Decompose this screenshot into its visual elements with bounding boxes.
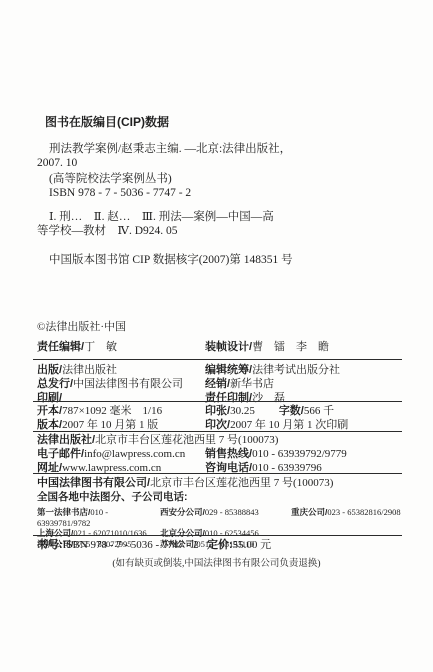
branch-phone: 021 - 62071010/1636 <box>73 528 146 538</box>
coordination-label: 编辑统筹/ <box>205 364 252 376</box>
email-value: info@lawpress.com.cn <box>84 448 185 460</box>
printing-run-value: 2007 年 10 月第 1 次印刷 <box>230 419 348 431</box>
divider-5 <box>33 535 402 536</box>
publishing-block: 出版/法律出版社 编辑统筹/法律考试出版分社 总发行/中国法律图书有限公司 经销… <box>37 364 405 405</box>
press-contact-block: 法律出版社/北京市丰台区莲花池西里 7 号(100073) 电子邮件/info@… <box>37 434 405 475</box>
general-distribution-label: 总发行/ <box>37 378 73 390</box>
format-row: 开本/787×1092 毫米 1/16 印张/30.25字数/566 千 <box>37 405 405 418</box>
branch-label: 第一法律书店/ <box>37 507 90 517</box>
hotline-label: 销售热线/ <box>205 448 252 460</box>
printing-run-label: 印次/ <box>205 419 230 431</box>
branch-label: 北京分公司/ <box>160 528 205 538</box>
coordination-value: 法律考试出版分社 <box>252 364 340 376</box>
format-value: 787×1092 毫米 1/16 <box>62 405 162 417</box>
branch-label: 上海公司/ <box>37 528 73 538</box>
distributor-name-label: 中国法律图书有限公司/ <box>37 477 150 489</box>
printing-house-label: 印刷/ <box>37 392 62 404</box>
price-label: 定价: <box>207 539 233 551</box>
cip-heading: 图书在版编目(CIP)数据 <box>45 113 169 130</box>
branches-row: 上海公司/021 - 62071010/1636 北京分公司/010 - 625… <box>37 528 405 539</box>
sheets-label: 印张/ <box>205 405 230 417</box>
cip-isbn-line: ISBN 978 - 7 - 5036 - 7747 - 2 <box>37 187 377 201</box>
print-supervisor-value: 沙 磊 <box>252 392 285 404</box>
distributor-address: 北京市丰台区莲花池西里 7 号(100073) <box>150 477 333 489</box>
designer-names: 曹 镭 李 瞻 <box>252 341 329 353</box>
staff-row: 责任编辑/丁 敏 装帧设计/曹 镭 李 瞻 <box>37 341 405 354</box>
cip-year-line: 2007. 10 <box>37 157 377 171</box>
press-name-label: 法律出版社/ <box>37 434 95 446</box>
branches-heading: 全国各地中法图分、子公司电话: <box>37 491 405 504</box>
format-label: 开本/ <box>37 405 62 417</box>
editor-name: 丁 敏 <box>84 341 117 353</box>
cip-class-line1: Ⅰ. 刑… Ⅱ. 赵… Ⅲ. 刑法—案例—中国—高 <box>37 211 377 225</box>
publishing-row: 出版/法律出版社 编辑统筹/法律考试出版分社 <box>37 364 405 377</box>
book-number-label: 书号: <box>37 539 63 551</box>
press-address-line: 法律出版社/北京市丰台区莲花池西里 7 号(100073) <box>37 434 405 447</box>
sales-value: 新华书店 <box>230 378 274 390</box>
general-distribution-value: 中国法律图书有限公司 <box>73 378 183 390</box>
copyright-notice: ©法律出版社·中国 <box>37 321 126 334</box>
publish-value: 法律出版社 <box>62 364 117 376</box>
divider-2 <box>33 401 402 402</box>
email-label: 电子邮件/ <box>37 448 84 460</box>
divider-3 <box>33 431 402 432</box>
edition-label: 版本/ <box>37 419 62 431</box>
editor-credit: 责任编辑/丁 敏 <box>37 341 205 354</box>
return-policy-note: (如有缺页或倒装,中国法律图书有限公司负责退换) <box>0 555 433 569</box>
copyright-page: 图书在版编目(CIP)数据 刑法教学案例/赵秉志主编. —北京:法律出版社， 2… <box>0 0 433 672</box>
price-value: 55.00 元 <box>233 539 272 551</box>
branch-phone: 010 - 62534456 <box>205 528 259 538</box>
cip-series-line: (高等院校法学案例丛书) <box>37 173 377 187</box>
hotline-value: 010 - 63939792/9779 <box>252 448 347 460</box>
editor-label: 责任编辑/ <box>37 341 84 353</box>
designer-credit: 装帧设计/曹 镭 李 瞻 <box>205 341 405 354</box>
wordcount-value: 566 千 <box>304 405 334 417</box>
publishing-row: 印刷/ 责任印制/沙 磊 <box>37 392 405 405</box>
press-email-row: 电子邮件/info@lawpress.com.cn 销售热线/010 - 639… <box>37 448 405 461</box>
cip-title-line: 刑法教学案例/赵秉志主编. —北京:法律出版社， <box>37 143 377 157</box>
format-block: 开本/787×1092 毫米 1/16 印张/30.25字数/566 千 版本/… <box>37 405 405 432</box>
sales-label: 经销/ <box>205 378 230 390</box>
divider-4 <box>33 473 402 474</box>
book-number-value: ISBN 978 - 7 - 5036 - 7747 - 2 <box>63 539 199 551</box>
publishing-row: 总发行/中国法律图书有限公司 经销/新华书店 <box>37 378 405 391</box>
designer-label: 装帧设计/ <box>205 341 252 353</box>
edition-value: 2007 年 10 月第 1 版 <box>62 419 158 431</box>
cip-class-line2: 等学校—教材 Ⅳ. D924. 05 <box>37 225 377 239</box>
print-supervisor-label: 责任印制/ <box>205 392 252 404</box>
divider-1 <box>33 359 402 360</box>
branches-row: 第一法律书店/010 - 63939781/9782 西安分公司/029 - 8… <box>37 507 405 528</box>
branch-phone: 023 - 65382816/2908 <box>327 507 400 517</box>
isbn-price-row: 书号:ISBN 978 - 7 - 5036 - 7747 - 2 定价:55.… <box>37 539 405 552</box>
sheets-value: 30.25 <box>230 405 255 417</box>
branch-label: 西安分公司/ <box>160 507 205 517</box>
branch-label: 重庆公司/ <box>291 507 327 517</box>
press-address: 北京市丰台区莲花池西里 7 号(100073) <box>95 434 278 446</box>
branch-phone: 029 - 85388843 <box>205 507 259 517</box>
publish-label: 出版/ <box>37 364 62 376</box>
cip-record-block: 刑法教学案例/赵秉志主编. —北京:法律出版社， 2007. 10 (高等院校法… <box>37 143 377 200</box>
cip-record-number: 中国版本图书馆 CIP 数据核字(2007)第 148351 号 <box>49 254 293 268</box>
distributor-address-line: 中国法律图书有限公司/北京市丰台区莲花池西里 7 号(100073) <box>37 477 405 490</box>
wordcount-label: 字数/ <box>279 405 304 417</box>
cip-class-block: Ⅰ. 刑… Ⅱ. 赵… Ⅲ. 刑法—案例—中国—高 等学校—教材 Ⅳ. D924… <box>37 211 377 238</box>
